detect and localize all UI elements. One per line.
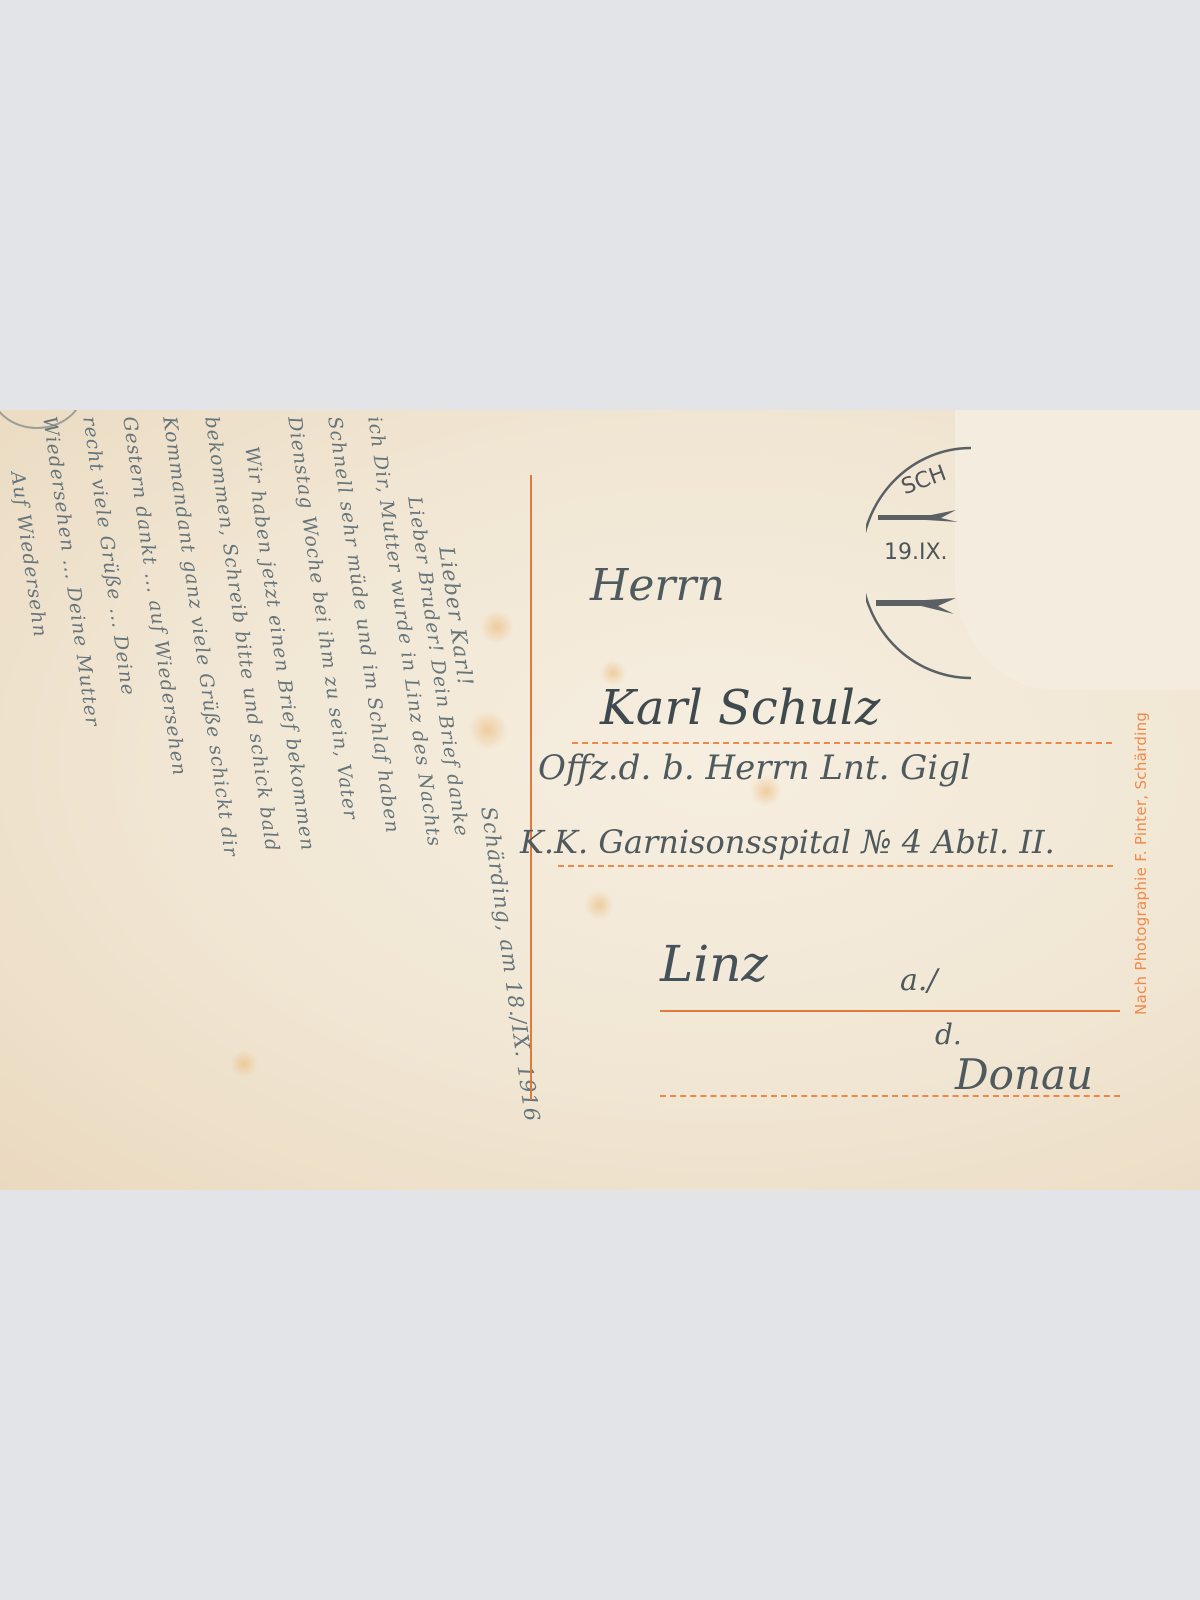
postmark: SCH 19.IX. — [866, 440, 1086, 680]
closing: Auf Wiedersehn — [6, 470, 51, 639]
address-line-3 — [660, 1010, 1120, 1012]
address-city: Linz — [660, 935, 768, 993]
message-area: Schärding, am 18./IX. 1916 Lieber Karl! … — [0, 410, 520, 1190]
address-salutation: Herrn — [590, 560, 725, 611]
divider-line — [530, 475, 532, 1100]
foxing-stain — [584, 890, 614, 920]
address-line3: K.K. Garnisonsspital № 4 Abtl. II. — [520, 823, 1055, 861]
address-line-1 — [572, 742, 1112, 744]
address-line-4 — [660, 1095, 1120, 1097]
publisher-credit: Nach Photographie F. Pinter, Schärding — [1132, 712, 1150, 1015]
address-line-2 — [558, 865, 1113, 867]
postmark-date: 19.IX. — [884, 540, 948, 565]
address-name: Karl Schulz — [600, 680, 880, 736]
address-river: Donau — [955, 1050, 1093, 1099]
address-city-suffix-2: d. — [935, 1018, 962, 1051]
postcard: Schärding, am 18./IX. 1916 Lieber Karl! … — [0, 410, 1200, 1190]
address-line2: Offz.d. b. Herrn Lnt. Gigl — [538, 748, 971, 788]
address-city-suffix-1: a./ — [900, 963, 938, 998]
